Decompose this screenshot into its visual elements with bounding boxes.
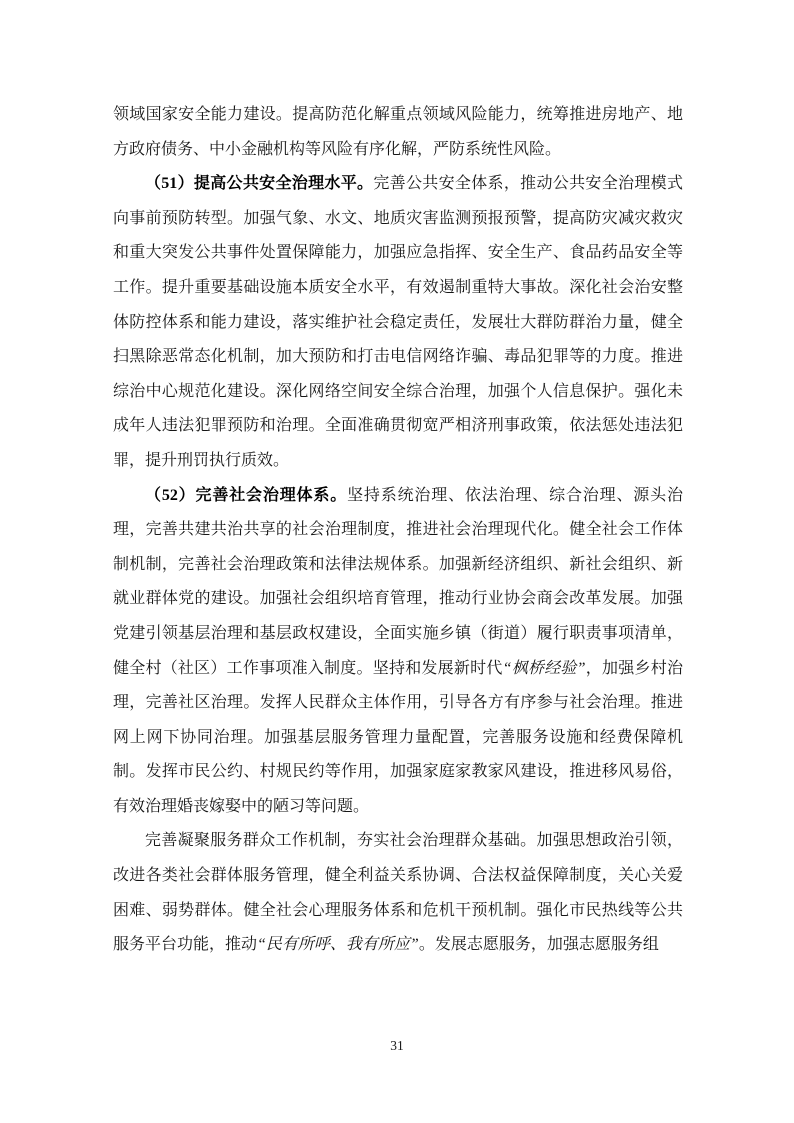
kai-quoted-phrase: “枫桥经验”: [503, 660, 586, 677]
text-segment: 完善公共安全体系，推动公共安全治理模式向事前预防转型。加强气象、水文、地质灾害监…: [113, 175, 683, 469]
paragraph-item-51: （51）提高公共安全治理水平。完善公共安全体系，推动公共安全治理模式向事前预防转…: [113, 167, 683, 478]
paragraph-masses-service: 完善凝聚服务群众工作机制，夯实社会治理群众基础。加强思想政治引领，改进各类社会群…: [113, 824, 683, 962]
text-segment: 坚持系统治理、依法治理、综合治理、源头治理，完善共建共治共享的社会治理制度，推进…: [113, 487, 683, 677]
text-segment: 领域国家安全能力建设。提高防范化解重点领域风险能力，统筹推进房地产、地方政府债务…: [113, 106, 683, 158]
document-body: 领域国家安全能力建设。提高防范化解重点领域风险能力，统筹推进房地产、地方政府债务…: [113, 98, 683, 963]
item-heading: （52）完善社会治理体系。: [145, 487, 347, 504]
item-heading: （51）提高公共安全治理水平。: [145, 175, 373, 192]
paragraph-item-52: （52）完善社会治理体系。坚持系统治理、依法治理、综合治理、源头治理，完善共建共…: [113, 479, 683, 825]
text-segment: 。发展志愿服务，加强志愿服务组: [419, 936, 659, 953]
paragraph-continuation: 领域国家安全能力建设。提高防范化解重点领域风险能力，统筹推进房地产、地方政府债务…: [113, 98, 683, 167]
kai-quoted-phrase: “民有所呼、我有所应”: [257, 936, 419, 953]
text-segment: ，加强乡村治理，完善社区治理。发挥人民群众主体作用，引导各方有序参与社会治理。推…: [113, 660, 683, 815]
page-number: 31: [0, 1038, 794, 1054]
document-page: 领域国家安全能力建设。提高防范化解重点领域风险能力，统筹推进房地产、地方政府债务…: [0, 0, 794, 1123]
